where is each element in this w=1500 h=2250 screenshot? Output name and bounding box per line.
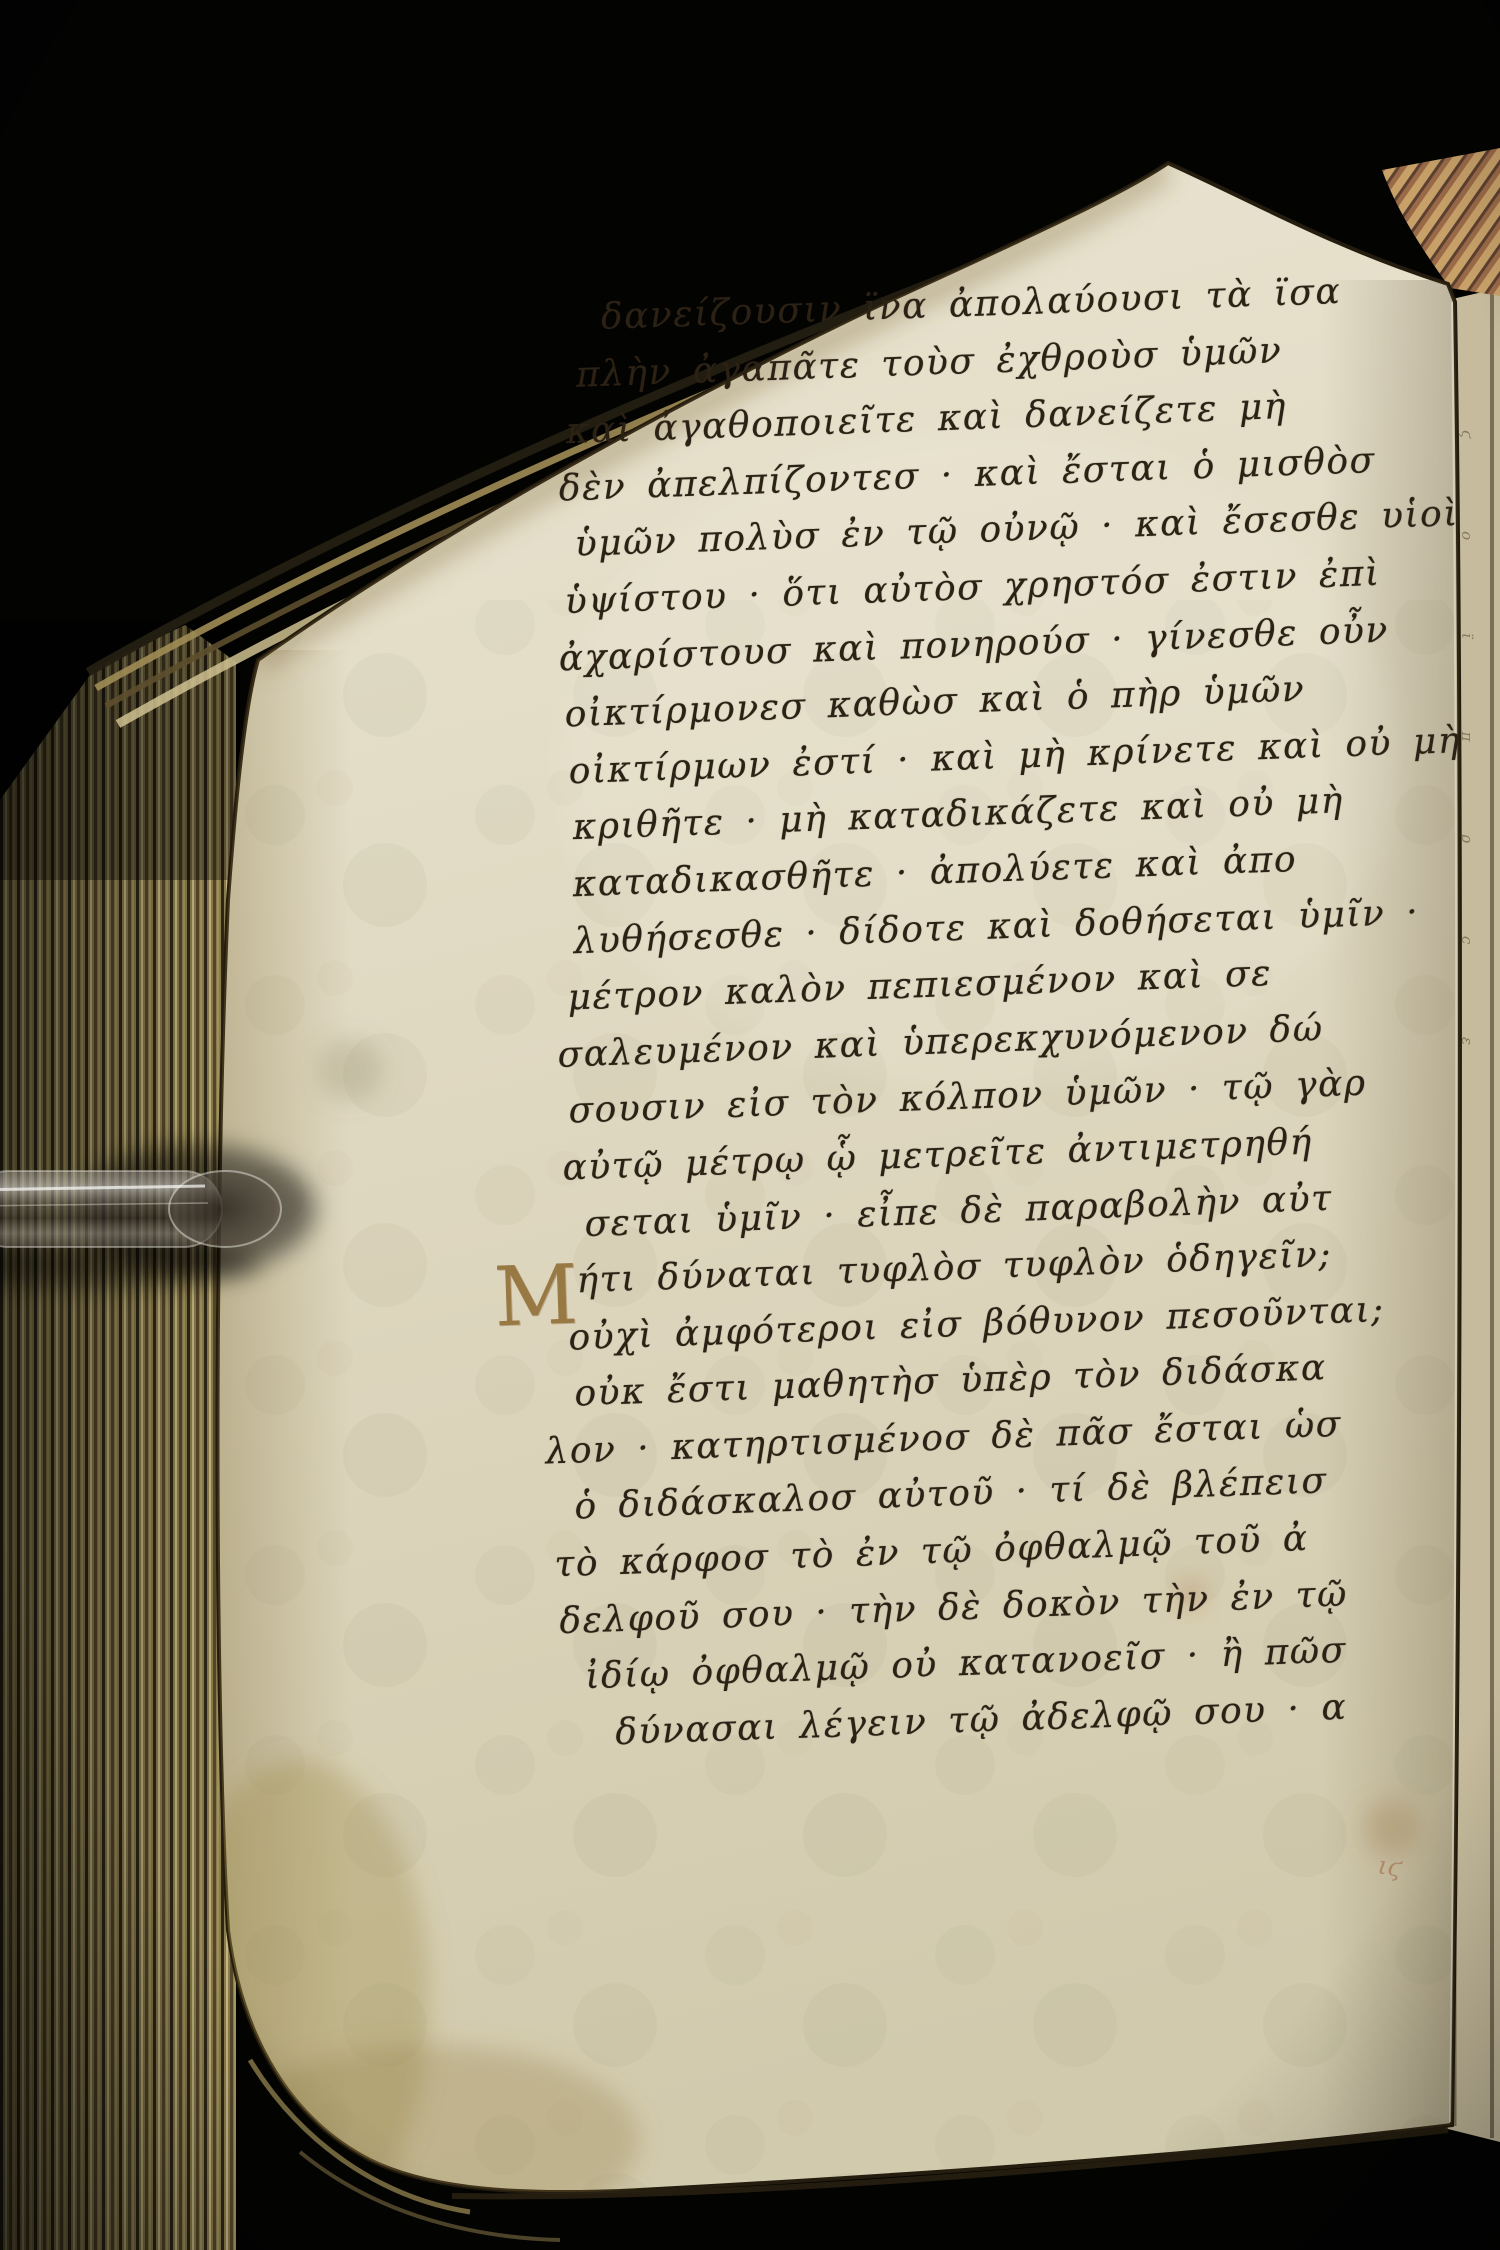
initial-letter-mu: Μ xyxy=(493,1255,580,1340)
gospel-text-block: δανείζουσιν ϊνα ἀπολαύουσι τὰ ϊσαπλὴν ἀγ… xyxy=(540,258,1500,1762)
next-page-edge-text-fragments: ϛ ο ϊ π ρ ϲ ε xyxy=(1458,430,1476,1750)
quire-mark: ιϛ xyxy=(1376,1850,1404,1882)
manuscript-photo: δανείζουσιν ϊνα ἀπολαύουσι τὰ ϊσαπλὴν ἀγ… xyxy=(0,0,1500,2250)
